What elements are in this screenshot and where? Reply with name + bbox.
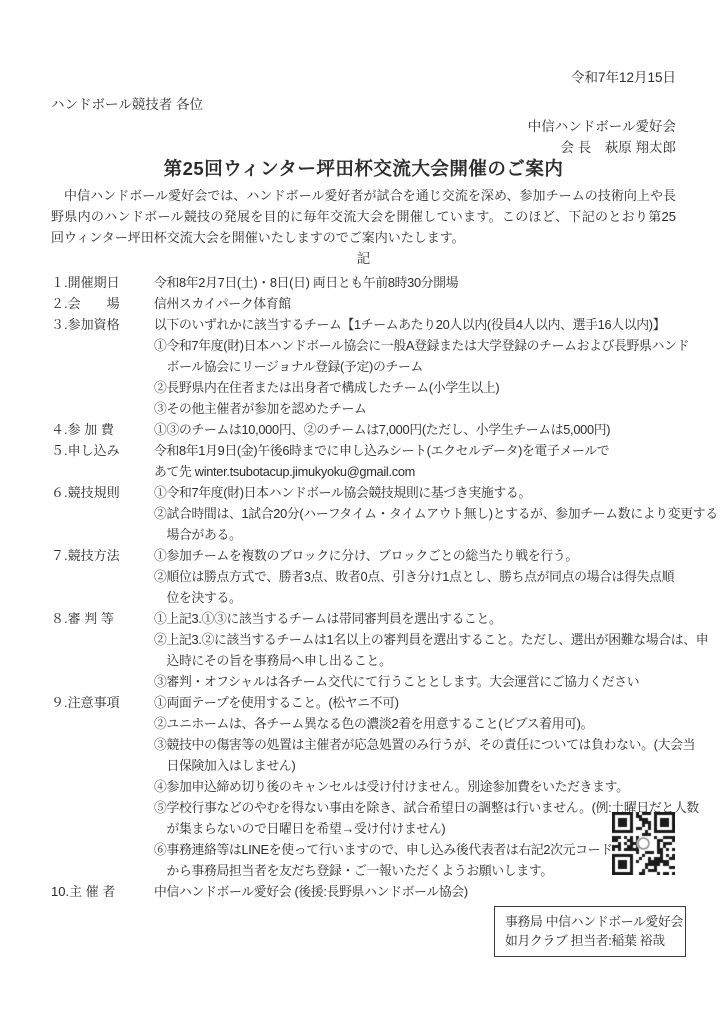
item-label: 10.主 催 者 bbox=[51, 881, 154, 902]
list-item: ９.注意事項①両面テープを使用すること。(松ヤニ不可)②ユニホームは、各チーム異… bbox=[51, 692, 676, 881]
item-line: が集まらないので日曜日を希望→受け付けません) bbox=[154, 818, 676, 839]
sender-organization: 中信ハンドボール愛好会 bbox=[51, 119, 676, 134]
item-line: ①③のチームは10,000円、②のチームは7,000円(ただし、小学生チームは5… bbox=[154, 419, 676, 440]
office-contact-person: 如月クラブ 担当者:稲葉 裕哉 bbox=[505, 931, 675, 950]
item-label: ５.申し込み bbox=[51, 440, 154, 461]
item-label: ９.注意事項 bbox=[51, 692, 154, 713]
item-line: 信州スカイパーク体育館 bbox=[154, 293, 676, 314]
item-line: ②試合時間は、1試合20分(ハーフタイム・タイムアウト無し)とするが、参加チーム… bbox=[154, 503, 676, 524]
list-item: ７.競技方法①参加チームを複数のブロックに分け、ブロックごとの総当たり戦を行う。… bbox=[51, 545, 676, 608]
item-line: ③競技中の傷害等の処置は主催者が応急処置のみ行うが、その責任については負わない。… bbox=[154, 734, 676, 755]
record-marker: 記 bbox=[51, 249, 676, 269]
item-line: ①参加チームを複数のブロックに分け、ブロックごとの総当たり戦を行う。 bbox=[154, 545, 676, 566]
recipient: ハンドボール競技者 各位 bbox=[51, 97, 676, 112]
item-line: ②順位は勝点方式で、勝者3点、敗者0点、引き分け1点とし、勝ち点が同点の場合は得… bbox=[154, 566, 676, 587]
list-item: ４.参 加 費①③のチームは10,000円、②のチームは7,000円(ただし、小… bbox=[51, 419, 676, 440]
items-list: １.開催期日令和8年2月7日(土)・8日(日) 両日とも午前8時30分開場２.会… bbox=[51, 272, 676, 902]
item-line: ③審判・オフシャルは各チーム交代にて行うこととします。大会運営にご協力ください bbox=[154, 671, 676, 692]
item-content: ①上記3.①③に該当するチームは帯同審判員を選出すること。②上記3.②に該当する… bbox=[154, 608, 676, 692]
item-content: 以下のいずれかに該当するチーム【1チームあたり20人以内(役員4人以内、選手16… bbox=[154, 314, 676, 419]
item-line: 日保険加入はしません) bbox=[154, 755, 676, 776]
item-line: ①令和7年度(財)日本ハンドボール協会に一般A登録または大学登録のチームおよび長… bbox=[154, 335, 676, 356]
item-line: 令和8年2月7日(土)・8日(日) 両日とも午前8時30分開場 bbox=[154, 272, 676, 293]
item-line: ③その他主催者が参加を認めたチーム bbox=[154, 398, 676, 419]
item-line: 込時にその旨を事務局へ申し出ること。 bbox=[154, 650, 676, 671]
list-item: ５.申し込み令和8年1月9日(金)午後6時までに申し込みシート(エクセルデータ)… bbox=[51, 440, 676, 482]
item-content: ①令和7年度(財)日本ハンドボール協会競技規則に基づき実施する。②試合時間は、1… bbox=[154, 482, 676, 545]
office-name: 事務局 中信ハンドボール愛好会 bbox=[505, 912, 675, 931]
item-line: ⑤学校行事などのやむを得ない事由を除き、試合希望日の調整は行いません。(例:土曜… bbox=[154, 797, 676, 818]
document-title: 第25回ウィンター坪田杯交流大会開催のご案内 bbox=[51, 157, 676, 181]
item-line: ①令和7年度(財)日本ハンドボール協会競技規則に基づき実施する。 bbox=[154, 482, 676, 503]
list-item: 10.主 催 者中信ハンドボール愛好会 (後援:長野県ハンドボール協会) bbox=[51, 881, 676, 902]
item-line: ②ユニホームは、各チーム異なる色の濃淡2着を用意すること(ビブス着用可)。 bbox=[154, 713, 676, 734]
item-line: ①上記3.①③に該当するチームは帯同審判員を選出すること。 bbox=[154, 608, 676, 629]
document-page: 令和7年12月15日 ハンドボール競技者 各位 中信ハンドボール愛好会 会 長 … bbox=[0, 0, 724, 1024]
document-date: 令和7年12月15日 bbox=[51, 70, 676, 85]
item-line: ⑥事務連絡等はLINEを使って行いますので、申し込み後代表者は右記2次元コード bbox=[154, 839, 676, 860]
list-item: ８.審 判 等①上記3.①③に該当するチームは帯同審判員を選出すること。②上記3… bbox=[51, 608, 676, 692]
item-label: ７.競技方法 bbox=[51, 545, 154, 566]
item-content: 中信ハンドボール愛好会 (後援:長野県ハンドボール協会) bbox=[154, 881, 676, 902]
item-line: 令和8年1月9日(金)午後6時までに申し込みシート(エクセルデータ)を電子メール… bbox=[154, 440, 676, 461]
item-label: ４.参 加 費 bbox=[51, 419, 154, 440]
list-item: ３.参加資格以下のいずれかに該当するチーム【1チームあたり20人以内(役員4人以… bbox=[51, 314, 676, 419]
item-label: ３.参加資格 bbox=[51, 314, 154, 335]
item-label: １.開催期日 bbox=[51, 272, 154, 293]
item-line: ボール協会にリージョナル登録(予定)のチーム bbox=[154, 356, 676, 377]
item-line: ①両面テープを使用すること。(松ヤニ不可) bbox=[154, 692, 676, 713]
list-item: ６.競技規則①令和7年度(財)日本ハンドボール協会競技規則に基づき実施する。②試… bbox=[51, 482, 676, 545]
list-item: １.開催期日令和8年2月7日(土)・8日(日) 両日とも午前8時30分開場 bbox=[51, 272, 676, 293]
item-label: ８.審 判 等 bbox=[51, 608, 154, 629]
item-content: 令和8年1月9日(金)午後6時までに申し込みシート(エクセルデータ)を電子メール… bbox=[154, 440, 676, 482]
item-line: 以下のいずれかに該当するチーム【1チームあたり20人以内(役員4人以内、選手16… bbox=[154, 314, 676, 335]
item-label: ６.競技規則 bbox=[51, 482, 154, 503]
line-qr-code-icon bbox=[612, 812, 675, 875]
item-content: ①③のチームは10,000円、②のチームは7,000円(ただし、小学生チームは5… bbox=[154, 419, 676, 440]
item-line: 場合がある。 bbox=[154, 524, 676, 545]
sender-president: 会 長 萩原 翔太郎 bbox=[51, 140, 676, 155]
office-contact-box: 事務局 中信ハンドボール愛好会 如月クラブ 担当者:稲葉 裕哉 bbox=[494, 906, 686, 957]
intro-paragraph: 中信ハンドボール愛好会では、ハンドボール愛好者が試合を通じ交流を深め、参加チーム… bbox=[51, 186, 676, 248]
item-line: 位を決する。 bbox=[154, 587, 676, 608]
item-line: あて先 winter.tsubotacup.jimukyoku@gmail.co… bbox=[154, 461, 676, 482]
item-line: 中信ハンドボール愛好会 (後援:長野県ハンドボール協会) bbox=[154, 881, 676, 902]
item-line: ②上記3.②に該当するチームは1名以上の審判員を選出すること。ただし、選出が困難… bbox=[154, 629, 676, 650]
item-content: ①参加チームを複数のブロックに分け、ブロックごとの総当たり戦を行う。②順位は勝点… bbox=[154, 545, 676, 608]
item-line: から事務局担当者を友だち登録・ご一報いただくようお願いします。 bbox=[154, 860, 676, 881]
item-content: 信州スカイパーク体育館 bbox=[154, 293, 676, 314]
item-line: ④参加申込締め切り後のキャンセルは受け付けません。別途参加費をいただきます。 bbox=[154, 776, 676, 797]
item-line: ②長野県内在住者または出身者で構成したチーム(小学生以上) bbox=[154, 377, 676, 398]
item-content: 令和8年2月7日(土)・8日(日) 両日とも午前8時30分開場 bbox=[154, 272, 676, 293]
item-label: ２.会 場 bbox=[51, 293, 154, 314]
list-item: ２.会 場信州スカイパーク体育館 bbox=[51, 293, 676, 314]
item-content: ①両面テープを使用すること。(松ヤニ不可)②ユニホームは、各チーム異なる色の濃淡… bbox=[154, 692, 676, 881]
